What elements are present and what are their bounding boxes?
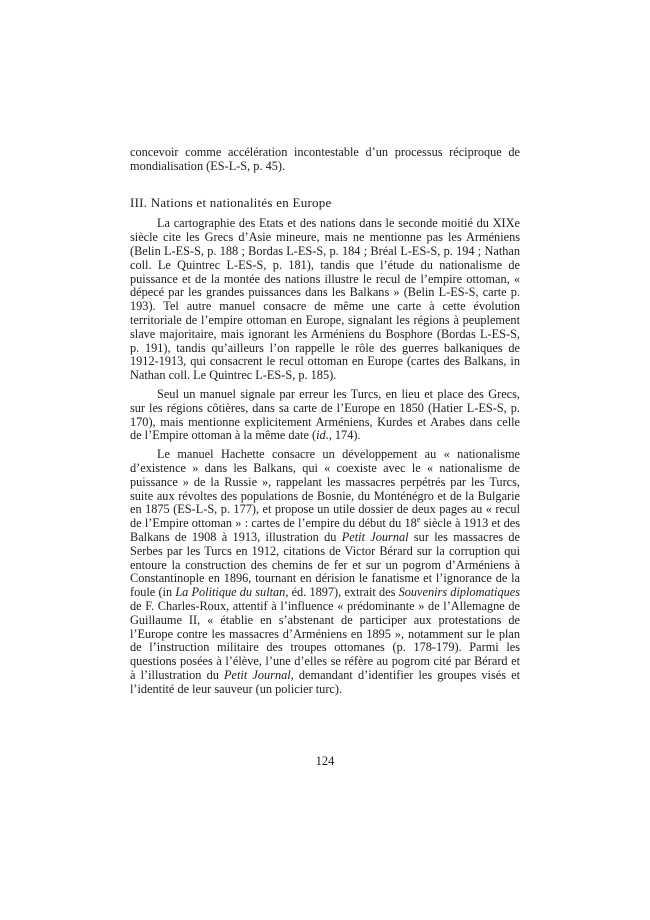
page-number: 124 [0, 754, 650, 769]
paragraph: Seul un manuel signale par erreur les Tu… [130, 388, 520, 443]
text-segment: id [316, 428, 326, 442]
text-segment: Petit Journal [342, 530, 409, 544]
paragraph: La cartographie des Etats et des nations… [130, 217, 520, 383]
text-segment: ., 174). [326, 428, 361, 442]
body-paragraphs: La cartographie des Etats et des nations… [130, 217, 520, 696]
intro-paragraph: concevoir comme accélération incontestab… [130, 146, 520, 174]
text-segment: , éd. 1897), extrait des [285, 585, 398, 599]
document-page: concevoir comme accélération incontestab… [0, 0, 650, 920]
text-segment: La cartographie des Etats et des nations… [130, 216, 520, 382]
section-heading: III. Nations et nationalités en Europe [130, 196, 520, 210]
text-block: concevoir comme accélération incontestab… [130, 146, 520, 701]
text-segment: Petit Journal [224, 668, 291, 682]
text-segment: La Politique du sultan [175, 585, 285, 599]
paragraph: Le manuel Hachette consacre un développe… [130, 448, 520, 696]
text-segment: Souvenirs diplomatiques [399, 585, 520, 599]
